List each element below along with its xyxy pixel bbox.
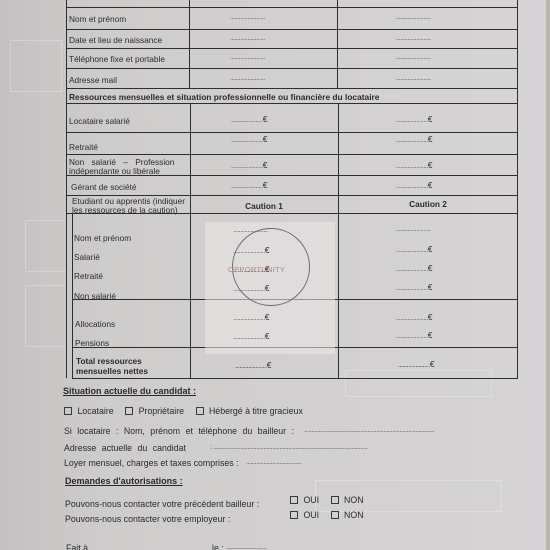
checkbox-icon[interactable] — [64, 407, 72, 415]
question-employeur: Pouvons-nous contacter votre employeur : — [65, 514, 230, 524]
document-page: Nom et prénom ........................ .… — [0, 0, 546, 550]
label-pensions: Pensions — [75, 338, 109, 348]
field-naissance-2[interactable]: ........................ — [396, 35, 431, 42]
field-caution-retraite-2[interactable]: ......................€ — [396, 263, 433, 273]
situation-options: Locataire Propriétaire Hébergé à titre g… — [64, 406, 312, 416]
label-caution-nom: Nom et prénom — [74, 233, 131, 243]
field-non-salarie-2[interactable]: ......................€ — [396, 160, 433, 170]
field-retraite-1[interactable]: ......................€ — [231, 134, 268, 144]
field-naissance-1[interactable]: ........................ — [230, 35, 265, 42]
caution-2-header: Caution 2 — [338, 199, 518, 209]
option-locataire[interactable]: Locataire — [64, 406, 114, 416]
checkbox-icon[interactable] — [331, 511, 339, 519]
label-caution-non-salarie: Non salarié — [74, 291, 116, 301]
label-retraite: Retraité — [69, 142, 98, 152]
field-caution-salarie-2[interactable]: ......................€ — [396, 244, 433, 254]
field-caution-nom-1[interactable]: ........................ — [233, 227, 268, 234]
label-caution-retraite: Retraité — [74, 271, 103, 281]
employeur-oui[interactable]: OUI — [290, 510, 319, 520]
label-etudiant-l2: les ressources de la caution) — [72, 205, 178, 215]
field-locataire-salarie-2[interactable]: ......................€ — [396, 114, 433, 124]
table-border-right — [517, 0, 518, 378]
label-caution-salarie: Salarié — [74, 252, 100, 262]
landlord-label: Si locataire : Nom, prénom et téléphone … — [64, 426, 294, 436]
checkbox-icon[interactable] — [125, 407, 133, 415]
checkbox-icon[interactable] — [290, 511, 298, 519]
field-caution-retraite-1[interactable]: ......................€ — [233, 264, 270, 274]
label-adresse-mail: Adresse mail — [69, 75, 117, 85]
field-retraite-2[interactable]: ......................€ — [396, 134, 433, 144]
field-allocations-1[interactable]: ......................€ — [233, 312, 270, 322]
bleed-box — [25, 285, 67, 347]
field-caution-non-salarie-2[interactable]: ......................€ — [396, 282, 433, 292]
bailleur-oui[interactable]: OUI — [290, 495, 319, 505]
field-pensions-1[interactable]: ......................€ — [233, 331, 270, 341]
label-locataire-salarie: Locataire salarié — [69, 116, 130, 126]
bailleur-non[interactable]: NON — [331, 495, 364, 505]
rent-field[interactable]: ...................................... — [246, 459, 301, 466]
label-gerant: Gérant de société — [71, 182, 137, 192]
bleed-box — [10, 40, 62, 92]
resources-header: Ressources mensuelles et situation profe… — [69, 92, 379, 102]
label-telephone: Téléphone fixe et portable — [69, 54, 165, 64]
field-gerant-2[interactable]: ......................€ — [396, 180, 433, 190]
table-border-left — [66, 0, 67, 378]
landlord-field[interactable]: ........................................… — [304, 427, 434, 434]
checkbox-icon[interactable] — [196, 407, 204, 415]
address-field[interactable]: : ......................................… — [210, 444, 368, 451]
label-allocations: Allocations — [75, 319, 115, 329]
field-locataire-salarie-1[interactable]: ......................€ — [231, 114, 268, 124]
field-mail-2[interactable]: ........................ — [396, 75, 431, 82]
label-nom-prenom: Nom et prénom — [69, 14, 126, 24]
employeur-non[interactable]: NON — [331, 510, 364, 520]
column-divider — [190, 103, 191, 378]
checkbox-icon[interactable] — [290, 496, 298, 504]
label-total-l1: Total ressources — [76, 356, 142, 366]
option-proprietaire[interactable]: Propriétaire — [125, 406, 184, 416]
answer-bailleur: OUI NON — [290, 495, 364, 505]
field-total-1[interactable]: ......................€ — [235, 360, 272, 370]
column-divider — [337, 0, 338, 88]
field-caution-non-salarie-1[interactable]: ......................€ — [233, 283, 270, 293]
caution-1-header: Caution 1 — [190, 201, 338, 211]
date-label: le : — [212, 543, 224, 550]
label-date-naissance: Date et lieu de naissance — [69, 35, 162, 45]
question-bailleur: Pouvons-nous contacter votre précédent b… — [65, 499, 259, 509]
inner-border-left — [72, 213, 73, 378]
bleed-box — [25, 220, 67, 272]
field-nom-prenom-1[interactable]: ........................ — [230, 14, 265, 21]
field-nom-prenom-2[interactable]: ........................ — [396, 14, 431, 21]
situation-title: Situation actuelle du candidat : — [63, 386, 196, 396]
field-telephone-2[interactable]: ........................ — [396, 54, 431, 61]
label-non-salarie-l2: indépendante ou libérale — [69, 166, 160, 176]
date-field[interactable]: ............................ — [226, 544, 266, 550]
field-total-2[interactable]: ......................€ — [398, 359, 435, 369]
field-mail-1[interactable]: ........................ — [230, 75, 265, 82]
field-gerant-1[interactable]: ......................€ — [231, 180, 268, 190]
label-total-l2: mensuelles nettes — [76, 366, 148, 376]
option-heberge[interactable]: Hébergé à titre gracieux — [196, 406, 303, 416]
field-allocations-2[interactable]: ......................€ — [396, 312, 433, 322]
field-pensions-2[interactable]: ......................€ — [396, 330, 433, 340]
checkbox-icon[interactable] — [331, 496, 339, 504]
address-label: Adresse actuelle du candidat — [64, 443, 186, 453]
field-telephone-1[interactable]: ........................ — [230, 54, 265, 61]
answer-employeur: OUI NON — [290, 510, 364, 520]
column-divider — [338, 103, 339, 378]
paper-edge — [546, 0, 550, 550]
authorizations-title: Demandes d'autorisations : — [65, 476, 183, 486]
column-divider — [189, 0, 190, 88]
field-non-salarie-1[interactable]: ......................€ — [231, 160, 268, 170]
field-caution-salarie-1[interactable]: ......................€ — [233, 245, 270, 255]
rent-label: Loyer mensuel, charges et taxes comprise… — [64, 458, 239, 468]
bleed-box — [345, 370, 492, 397]
field-caution-nom-2[interactable]: ........................ — [396, 226, 431, 233]
place-label: Fait à — [66, 543, 88, 550]
